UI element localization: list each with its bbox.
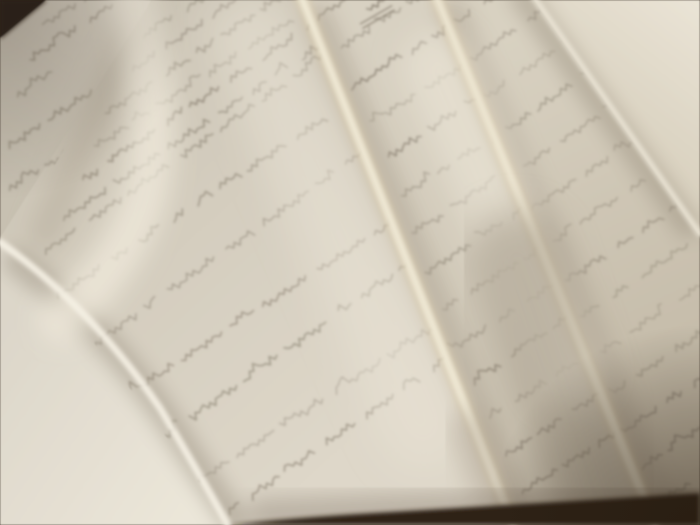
notebook-photo — [0, 0, 700, 525]
vignette-top-left — [0, 0, 700, 525]
notebook-scene — [0, 0, 700, 525]
